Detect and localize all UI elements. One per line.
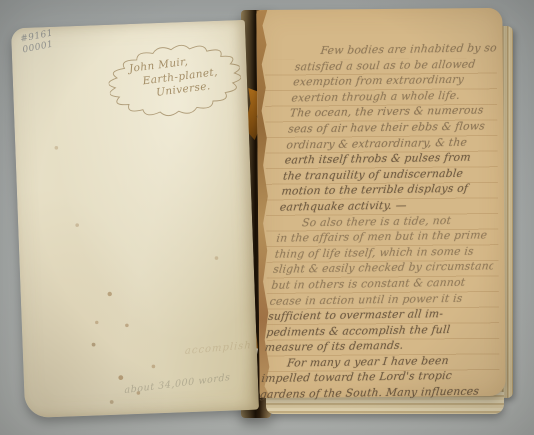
archival-marks: #9161 00001 (20, 28, 57, 56)
ink-offset-text: accomplish (185, 340, 252, 357)
right-page-manuscript: Few bodies are inhabited by sosatisfied … (256, 8, 505, 398)
manuscript-text: Few bodies are inhabited by sosatisfied … (259, 40, 517, 403)
inscription-cartouche: John Muir, Earth-planet, Universe. (104, 33, 245, 131)
left-page-inside-cover: #9161 00001 John Muir, Earth-planet, Uni… (11, 20, 259, 418)
photo-background: #9161 00001 John Muir, Earth-planet, Uni… (0, 0, 534, 435)
pencil-note: about 34,000 words (124, 372, 230, 396)
foxing-spots (11, 28, 13, 30)
